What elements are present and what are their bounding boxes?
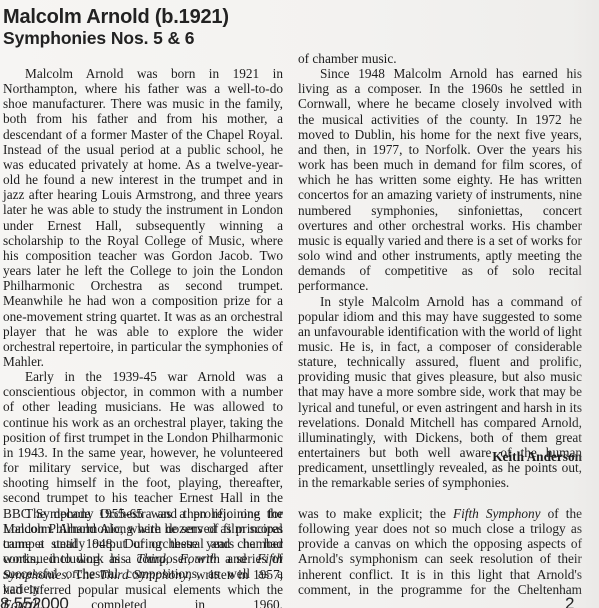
text-run: , [166,551,180,566]
page-number: 2 [565,595,574,608]
right-column-top: of chamber music. Since 1948 Malcolm Arn… [298,51,582,491]
left-column-bottom: The decade 1955-65 was a prolific one fo… [3,506,283,608]
paragraph-early-life: Malcolm Arnold was born in 1921 in North… [3,66,283,369]
paragraph-continuation: of chamber music. [298,51,582,66]
booklet-page: Malcolm Arnold (b.1921) Symphonies Nos. … [0,0,599,608]
paragraph-fifth-symphony: was to make explicit; the Fifth Symphony… [298,506,582,597]
paragraph-decade: The decade 1955-65 was a prolific one fo… [3,506,283,608]
work-subtitle: Symphonies Nos. 5 & 6 [3,28,229,48]
paragraph-career: Since 1948 Malcolm Arnold has earned his… [298,66,582,293]
composer-title: Malcolm Arnold (b.1921) [3,6,229,28]
title-block: Malcolm Arnold (b.1921) Symphonies Nos. … [3,6,229,48]
author-signature: Keith Anderson [298,449,582,464]
italic-title: Third [137,551,166,566]
text-run: . The [67,567,100,582]
italic-title: Fifth Symphony [453,506,541,521]
catalogue-number: 8.552000 [0,595,69,608]
italic-title: Fourth [180,551,217,566]
right-column-bottom: was to make explicit; the Fifth Symphony… [298,506,582,597]
text-run: and [217,551,258,566]
text-run: was to make explicit; the [298,506,453,521]
text-run: , completed in 1960, [40,597,283,608]
italic-title: Third Symphony [100,567,188,582]
